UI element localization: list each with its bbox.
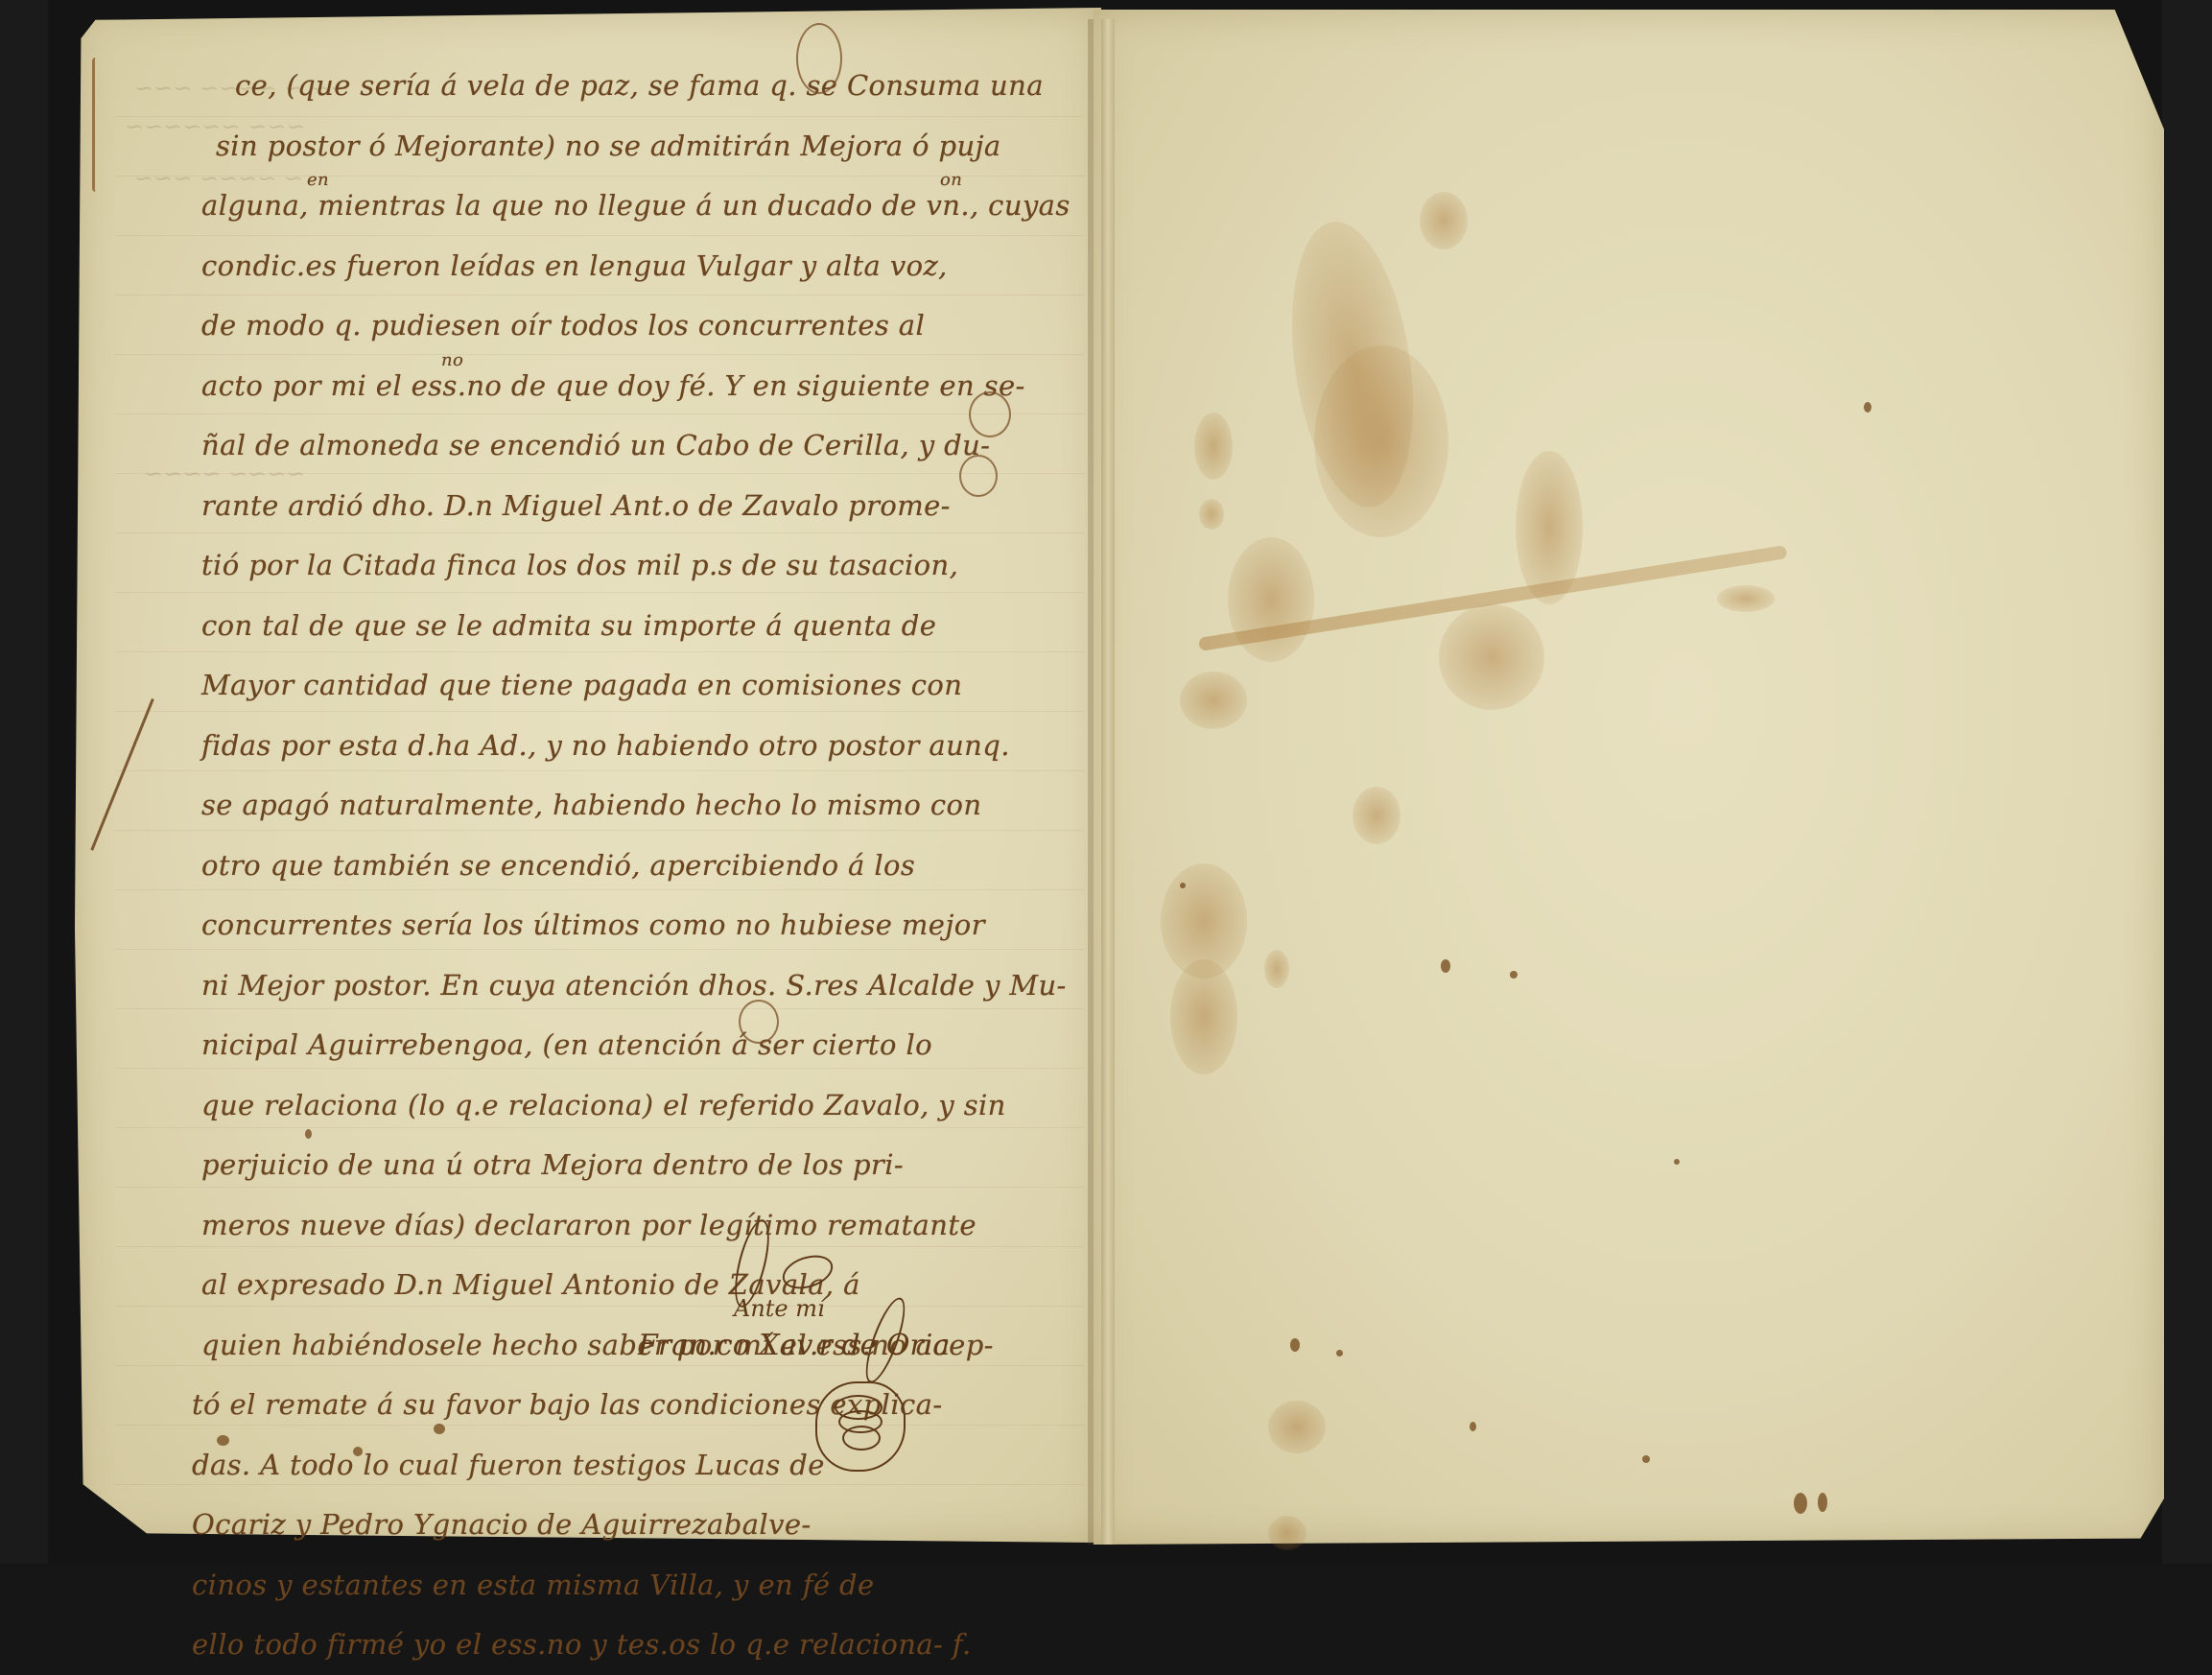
- book-gutter: [1101, 19, 1115, 1545]
- manuscript-line: Mayor cantidad que tiene pagada en comis…: [201, 655, 1079, 716]
- scanner-backdrop-right: [2162, 0, 2212, 1564]
- manuscript-scan: ~~ ~ ~~~~ ~~~ ~~~ ~~~~~~ ~ ~~~~ ~~~ ~~~~…: [0, 0, 2212, 1564]
- interlinear-note: no: [441, 352, 463, 369]
- manuscript-line: se apagó naturalmente, habiendo hecho lo…: [201, 775, 1079, 836]
- signature-name: Fran.co Xav.r de Oria: [638, 1329, 950, 1362]
- signature-ante-mi: Ante mí: [734, 1295, 825, 1322]
- manuscript-line: rante ardió dho. D.n Miguel Ant.o de Zav…: [201, 476, 1079, 536]
- manuscript-line: sin postor ó Mejorante) no se admitirán …: [216, 116, 1079, 177]
- manuscript-line: ñal de almoneda se encendió un Cabo de C…: [201, 415, 1079, 476]
- gutter-shadow: [1088, 19, 1094, 1545]
- manuscript-line: en on alguna, mientras la que no llegue …: [201, 176, 1079, 236]
- interlinear-note: on: [940, 172, 962, 189]
- manuscript-line: otro que también se encendió, apercibien…: [201, 836, 1079, 896]
- manuscript-line: con tal de que se le admita su importe á…: [201, 596, 1079, 656]
- notary-signature: Ante mí Fran.co Xav.r de Oria: [628, 1218, 916, 1477]
- manuscript-line: de modo q. pudiesen oír todos los concur…: [201, 295, 1079, 356]
- manuscript-line: condic.es fueron leídas en lengua Vulgar…: [201, 236, 1079, 296]
- manuscript-line: nicipal Aguirrebengoa, (en atención á se…: [201, 1015, 1079, 1075]
- manuscript-line: ce, (que sería á vela de paz, se fama q.…: [235, 56, 1079, 116]
- right-page-blank-verso: [1094, 10, 2164, 1545]
- rubric-flourish: [815, 1381, 906, 1472]
- interlinear-note: en: [307, 172, 329, 189]
- manuscript-line: concurrentes sería los últimos como no h…: [201, 895, 1079, 955]
- manuscript-line: tió por la Citada finca los dos mil p.s …: [201, 535, 1079, 596]
- manuscript-line: ni Mejor postor. En cuya atención dhos. …: [201, 955, 1079, 1016]
- manuscript-line: Ocariz y Pedro Ygnacio de Aguirrezabalve…: [192, 1495, 1079, 1555]
- manuscript-line: fidas por esta d.ha Ad., y no habiendo o…: [201, 716, 1079, 776]
- manuscript-line: que relaciona (lo q.e relaciona) el refe…: [201, 1075, 1079, 1136]
- margin-bracket-mark: [92, 58, 99, 192]
- scanner-backdrop-left: [0, 0, 48, 1564]
- signature-loop: [778, 1249, 836, 1294]
- manuscript-line: no acto por mi el ess.no de que doy fé. …: [201, 356, 1079, 416]
- manuscript-line: cinos y estantes en esta misma Villa, y …: [192, 1555, 1079, 1565]
- manuscript-line: perjuicio de una ú otra Mejora dentro de…: [201, 1135, 1079, 1195]
